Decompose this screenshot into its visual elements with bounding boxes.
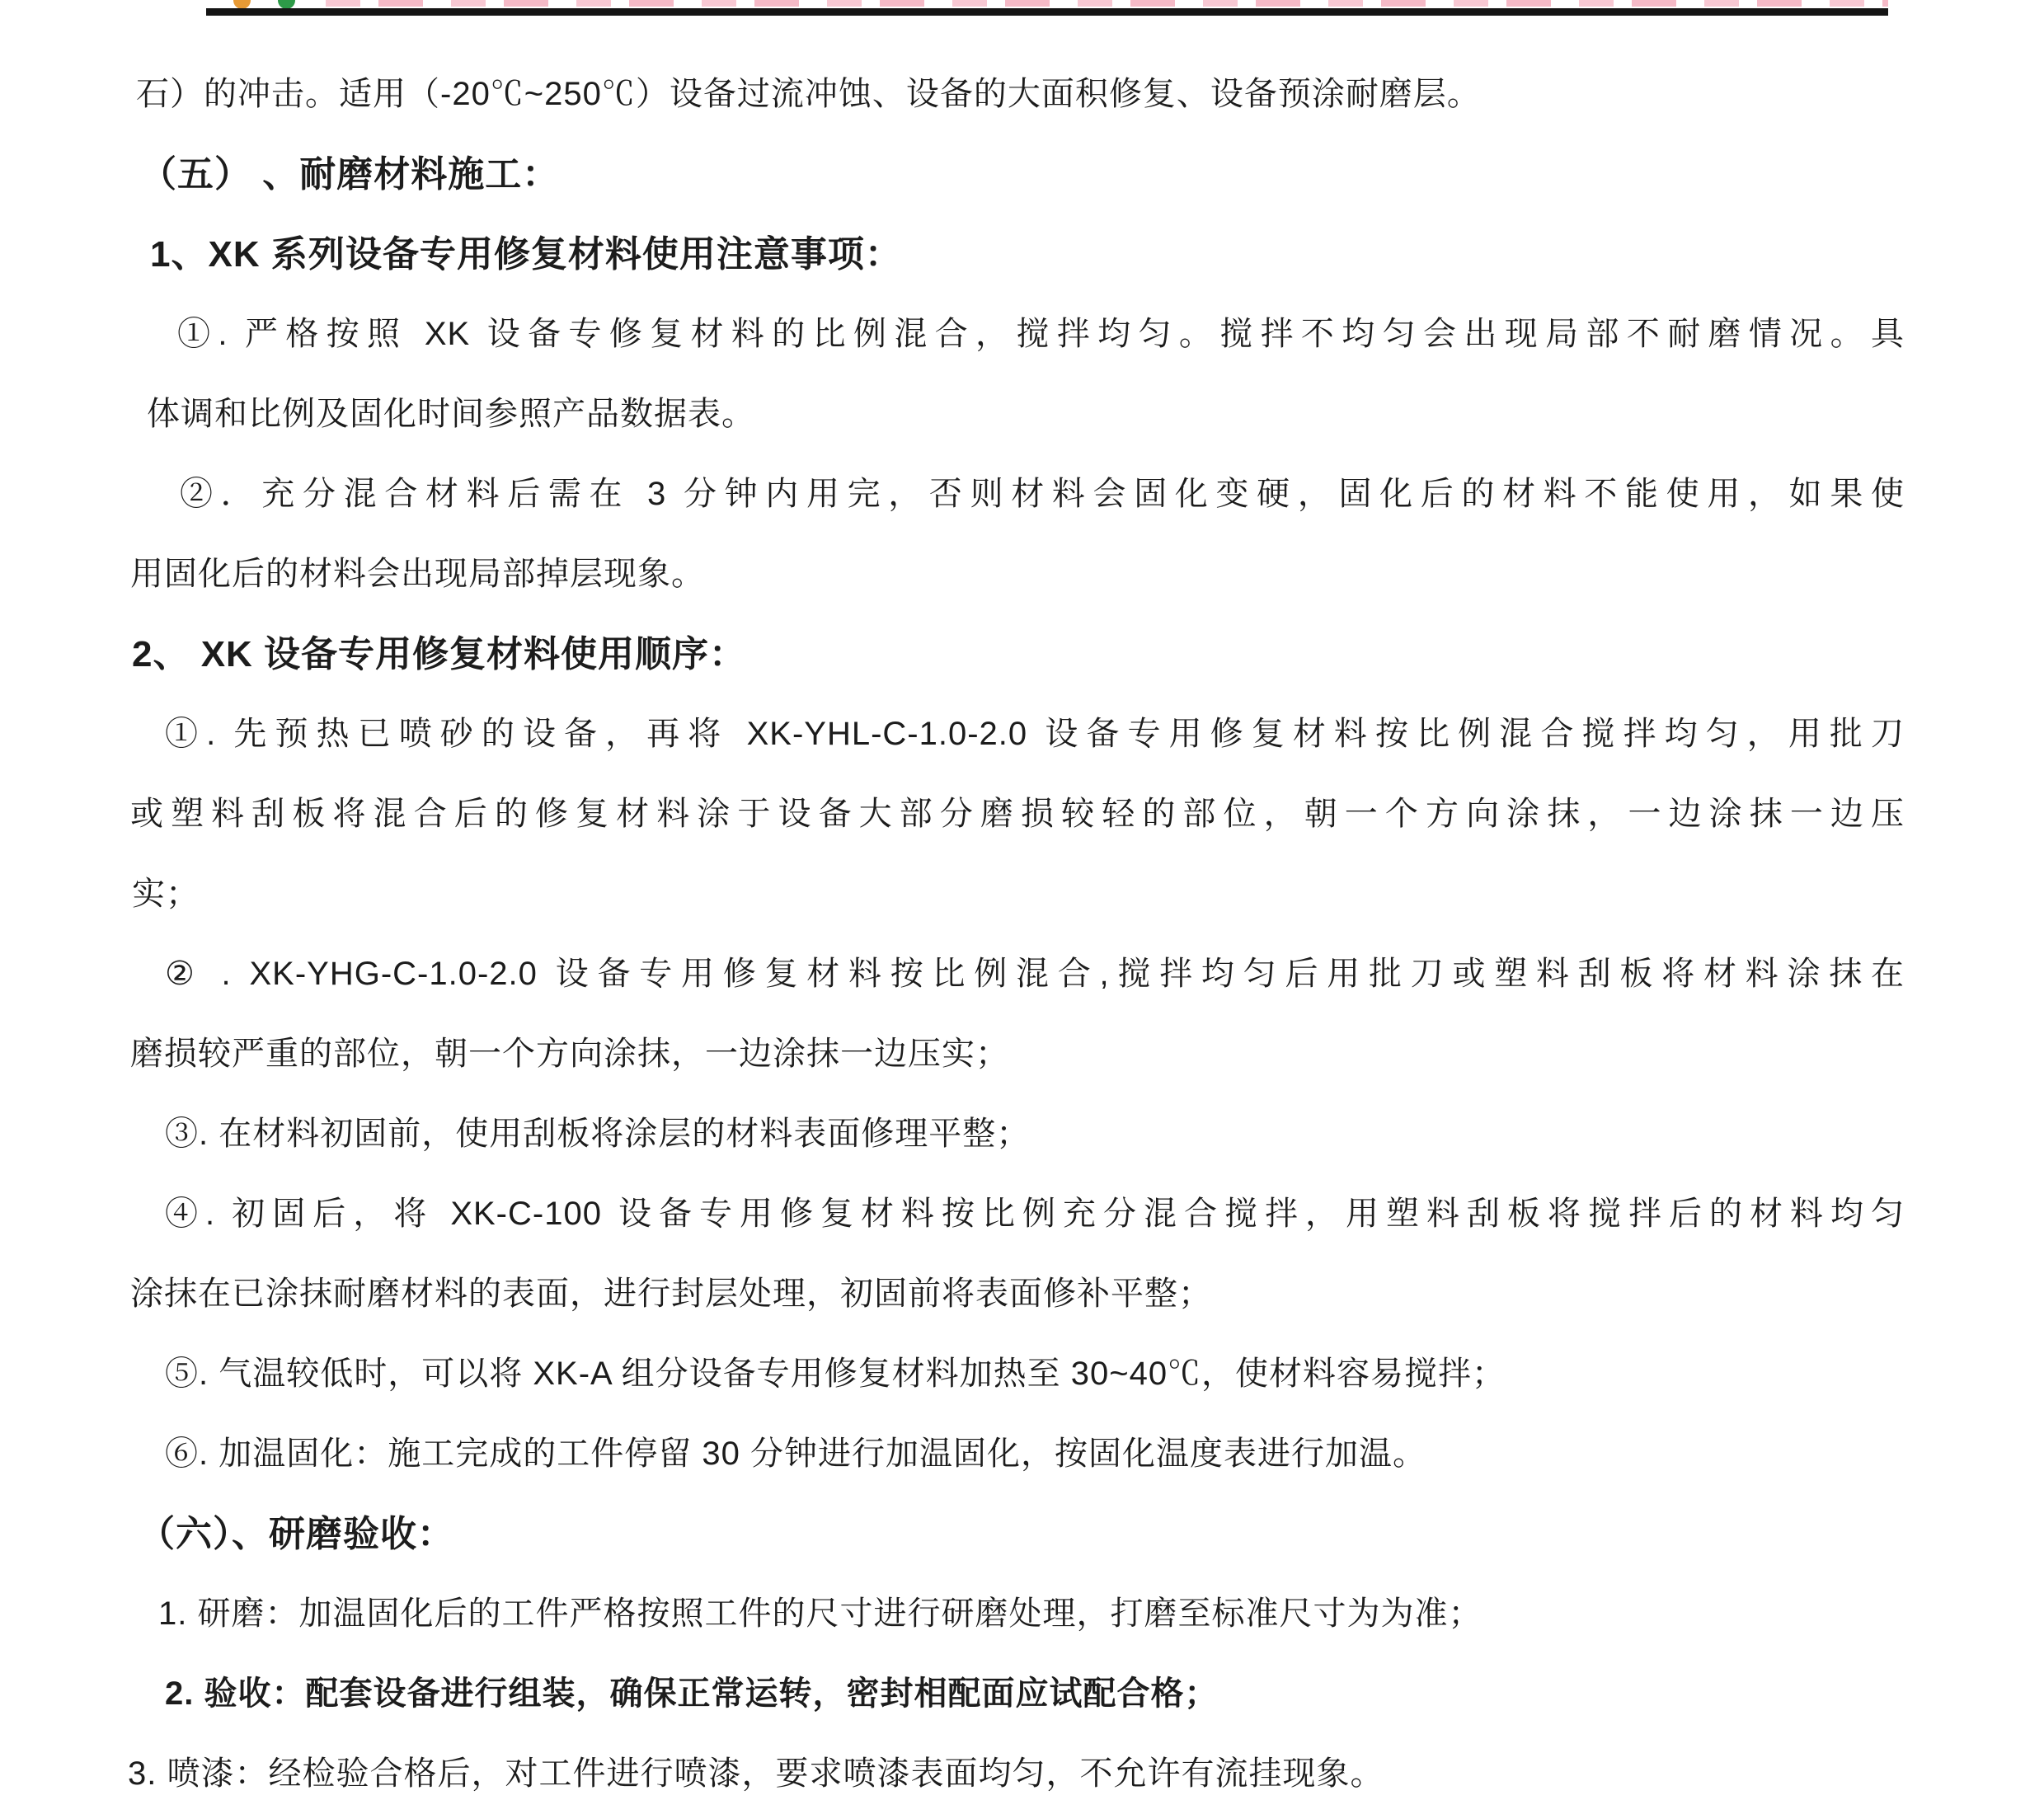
section-heading: 2、 XK 设备专用修复材料使用顺序： [132,614,1905,694]
text-line: 1. 研磨：加温固化后的工件严格按照工件的尺寸进行研磨处理，打磨至标准尺寸为为准… [158,1574,1905,1654]
text-line: 体调和比例及固化时间参照产品数据表。 [147,374,1905,454]
text-line: ①. 严格按照 XK 设备专修复材料的比例混合，搅拌均匀。搅拌不均匀会出现局部不… [177,294,1905,374]
text-line: ③. 在材料初固前，使用刮板将涂层的材料表面修理平整； [165,1094,1905,1174]
text-line: ⑥. 加温固化：施工完成的工件停留 30 分钟进行加温固化，按固化温度表进行加温… [165,1414,1905,1494]
text-line: 2. 验收：配套设备进行组装，确保正常运转，密封相配面应试配合格； [165,1654,1905,1734]
document-page: 石）的冲击。适用（-20℃~250℃）设备过流冲蚀、设备的大面积修复、设备预涂耐… [0,0,2044,1814]
section-heading: （五） 、耐磨材料施工： [140,134,1905,214]
text-line: ④. 初固后，将 XK-C-100 设备专用修复材料按比例充分混合搅拌，用塑料刮… [165,1174,1905,1254]
text-line: 实； [132,854,1905,934]
document-body: 石）的冲击。适用（-20℃~250℃）设备过流冲蚀、设备的大面积修复、设备预涂耐… [0,0,2044,1814]
text-line: ② . XK-YHG-C-1.0-2.0 设备专用修复材料按比例混合,搅拌均匀后… [165,934,1905,1014]
text-line: 石）的冲击。适用（-20℃~250℃）设备过流冲蚀、设备的大面积修复、设备预涂耐… [136,54,1905,134]
text-line: 涂抹在已涂抹耐磨材料的表面，进行封层处理，初固前将表面修补平整； [130,1254,1905,1334]
text-line: ②．充分混合材料后需在 3 分钟内用完，否则材料会固化变硬，固化后的材料不能使用… [180,454,1905,534]
text-line: 用固化后的材料会出现局部掉层现象。 [130,534,1905,614]
text-line: 磨损较严重的部位，朝一个方向涂抹，一边涂抹一边压实； [130,1014,1905,1094]
text-line: ①. 先预热已喷砂的设备，再将 XK-YHL-C-1.0-2.0 设备专用修复材… [165,694,1905,774]
section-heading: 1、XK 系列设备专用修复材料使用注意事项： [150,214,1905,294]
text-line: 3. 喷漆：经检验合格后，对工件进行喷漆，要求喷漆表面均匀，不允许有流挂现象。 [128,1734,1905,1814]
text-line: ⑤. 气温较低时，可以将 XK-A 组分设备专用修复材料加热至 30~40℃，使… [165,1334,1905,1414]
section-heading: （六）、研磨验收： [139,1494,1905,1574]
text-line: 或塑料刮板将混合后的修复材料涂于设备大部分磨损较轻的部位，朝一个方向涂抹，一边涂… [130,774,1905,854]
